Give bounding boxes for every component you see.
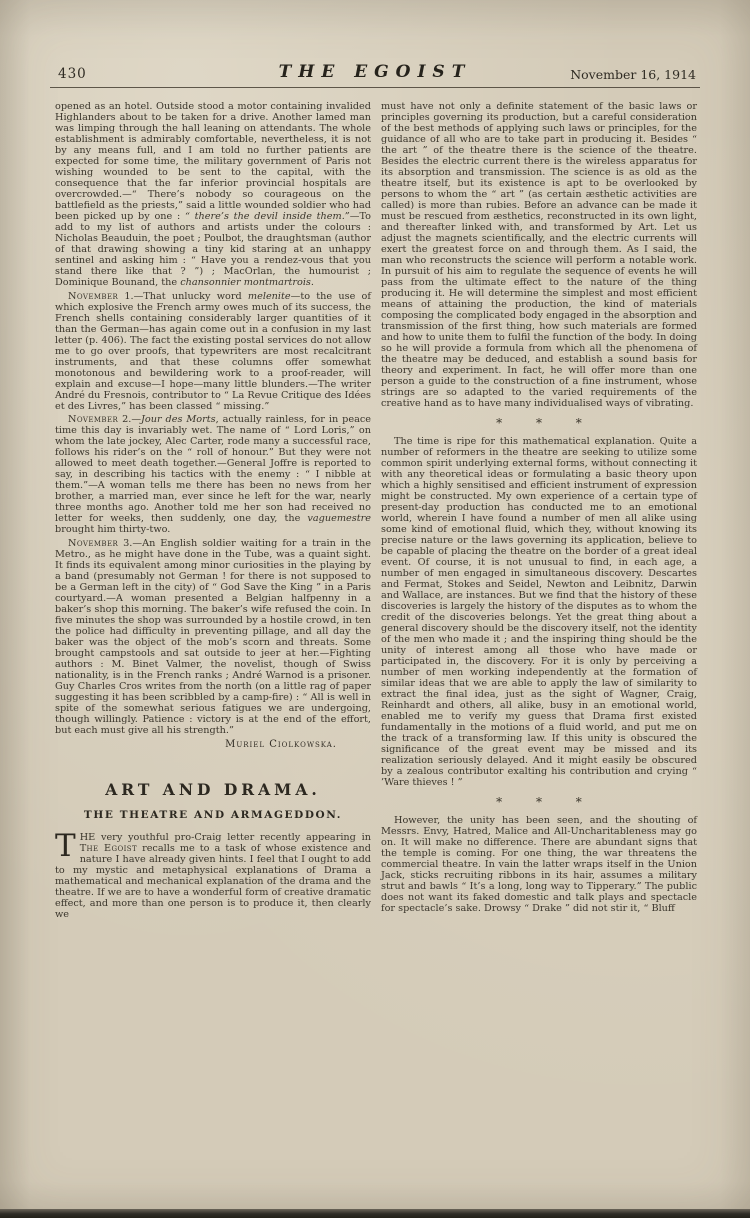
text-segment: November [68, 291, 118, 302]
right-column: must have not only a definite statement … [381, 101, 697, 922]
issue-date: November 16, 1914 [570, 67, 696, 82]
text-segment: chansonnier montmartrois. [180, 277, 314, 288]
left-column: opened as an hotel. Outside stood a moto… [55, 101, 371, 922]
stars-separator: * * * [381, 795, 697, 809]
text-segment: “ there’s the devil inside them.” [185, 211, 350, 222]
text-segment: The time is ripe for this mathematical e… [381, 436, 697, 788]
text-segment: —to the use of which explosive the Frenc… [55, 291, 371, 412]
text-segment: vaguemestre [307, 513, 371, 524]
text-segment: , actually rainless, for in peace time t… [55, 414, 371, 524]
body-paragraph: However, the unity has been seen, and th… [381, 815, 697, 914]
body-paragraph: November 3.—An English soldier waiting f… [55, 538, 371, 736]
stars-separator: * * * [381, 416, 697, 430]
text-segment: However, the unity has been seen, and th… [381, 815, 697, 914]
text-segment: melenite [248, 291, 291, 302]
text-segment: November [68, 414, 118, 425]
text-segment: 3.—An English soldier waiting for a trai… [55, 538, 371, 736]
text-segment: Jour des Morts [141, 414, 216, 425]
text-segment: The Egoist [80, 843, 137, 854]
dropcap-letter: T [55, 832, 80, 860]
two-column-body: opened as an hotel. Outside stood a moto… [55, 101, 697, 922]
scan-bottom-edge [0, 1209, 750, 1218]
body-paragraph: The time is ripe for this mathematical e… [381, 436, 697, 788]
text-segment: 1.—That unlucky word [118, 291, 248, 302]
text-segment: opened as an hotel. Outside stood a moto… [55, 101, 371, 222]
section-title: ART AND DRAMA. [55, 780, 371, 799]
body-paragraph: November 2.—Jour des Morts, actually rai… [55, 414, 371, 535]
page-header: 430 THE EGOIST November 16, 1914 [52, 0, 698, 82]
body-paragraph: November 1.—That unlucky word melenite—t… [55, 291, 371, 412]
text-segment: November [68, 538, 118, 549]
header-rule [50, 87, 700, 88]
text-segment: brought him thirty-two. [55, 524, 170, 535]
body-paragraph: opened as an hotel. Outside stood a moto… [55, 101, 371, 288]
body-paragraph: THE very youthful pro-Craig letter recen… [55, 832, 371, 920]
text-segment: recalls me to a task of whose existence … [55, 843, 371, 920]
text-segment: must have not only a definite statement … [381, 101, 697, 409]
text-segment: HE very youthful pro-Craig letter recent… [80, 832, 371, 843]
text-segment: 2.— [118, 414, 141, 425]
magazine-page: 430 THE EGOIST November 16, 1914 opened … [0, 0, 750, 1218]
author-signature: Muriel Ciolkowska. [55, 739, 337, 750]
body-paragraph: must have not only a definite statement … [381, 101, 697, 409]
section-subtitle: THE THEATRE AND ARMAGEDDON. [55, 809, 371, 821]
